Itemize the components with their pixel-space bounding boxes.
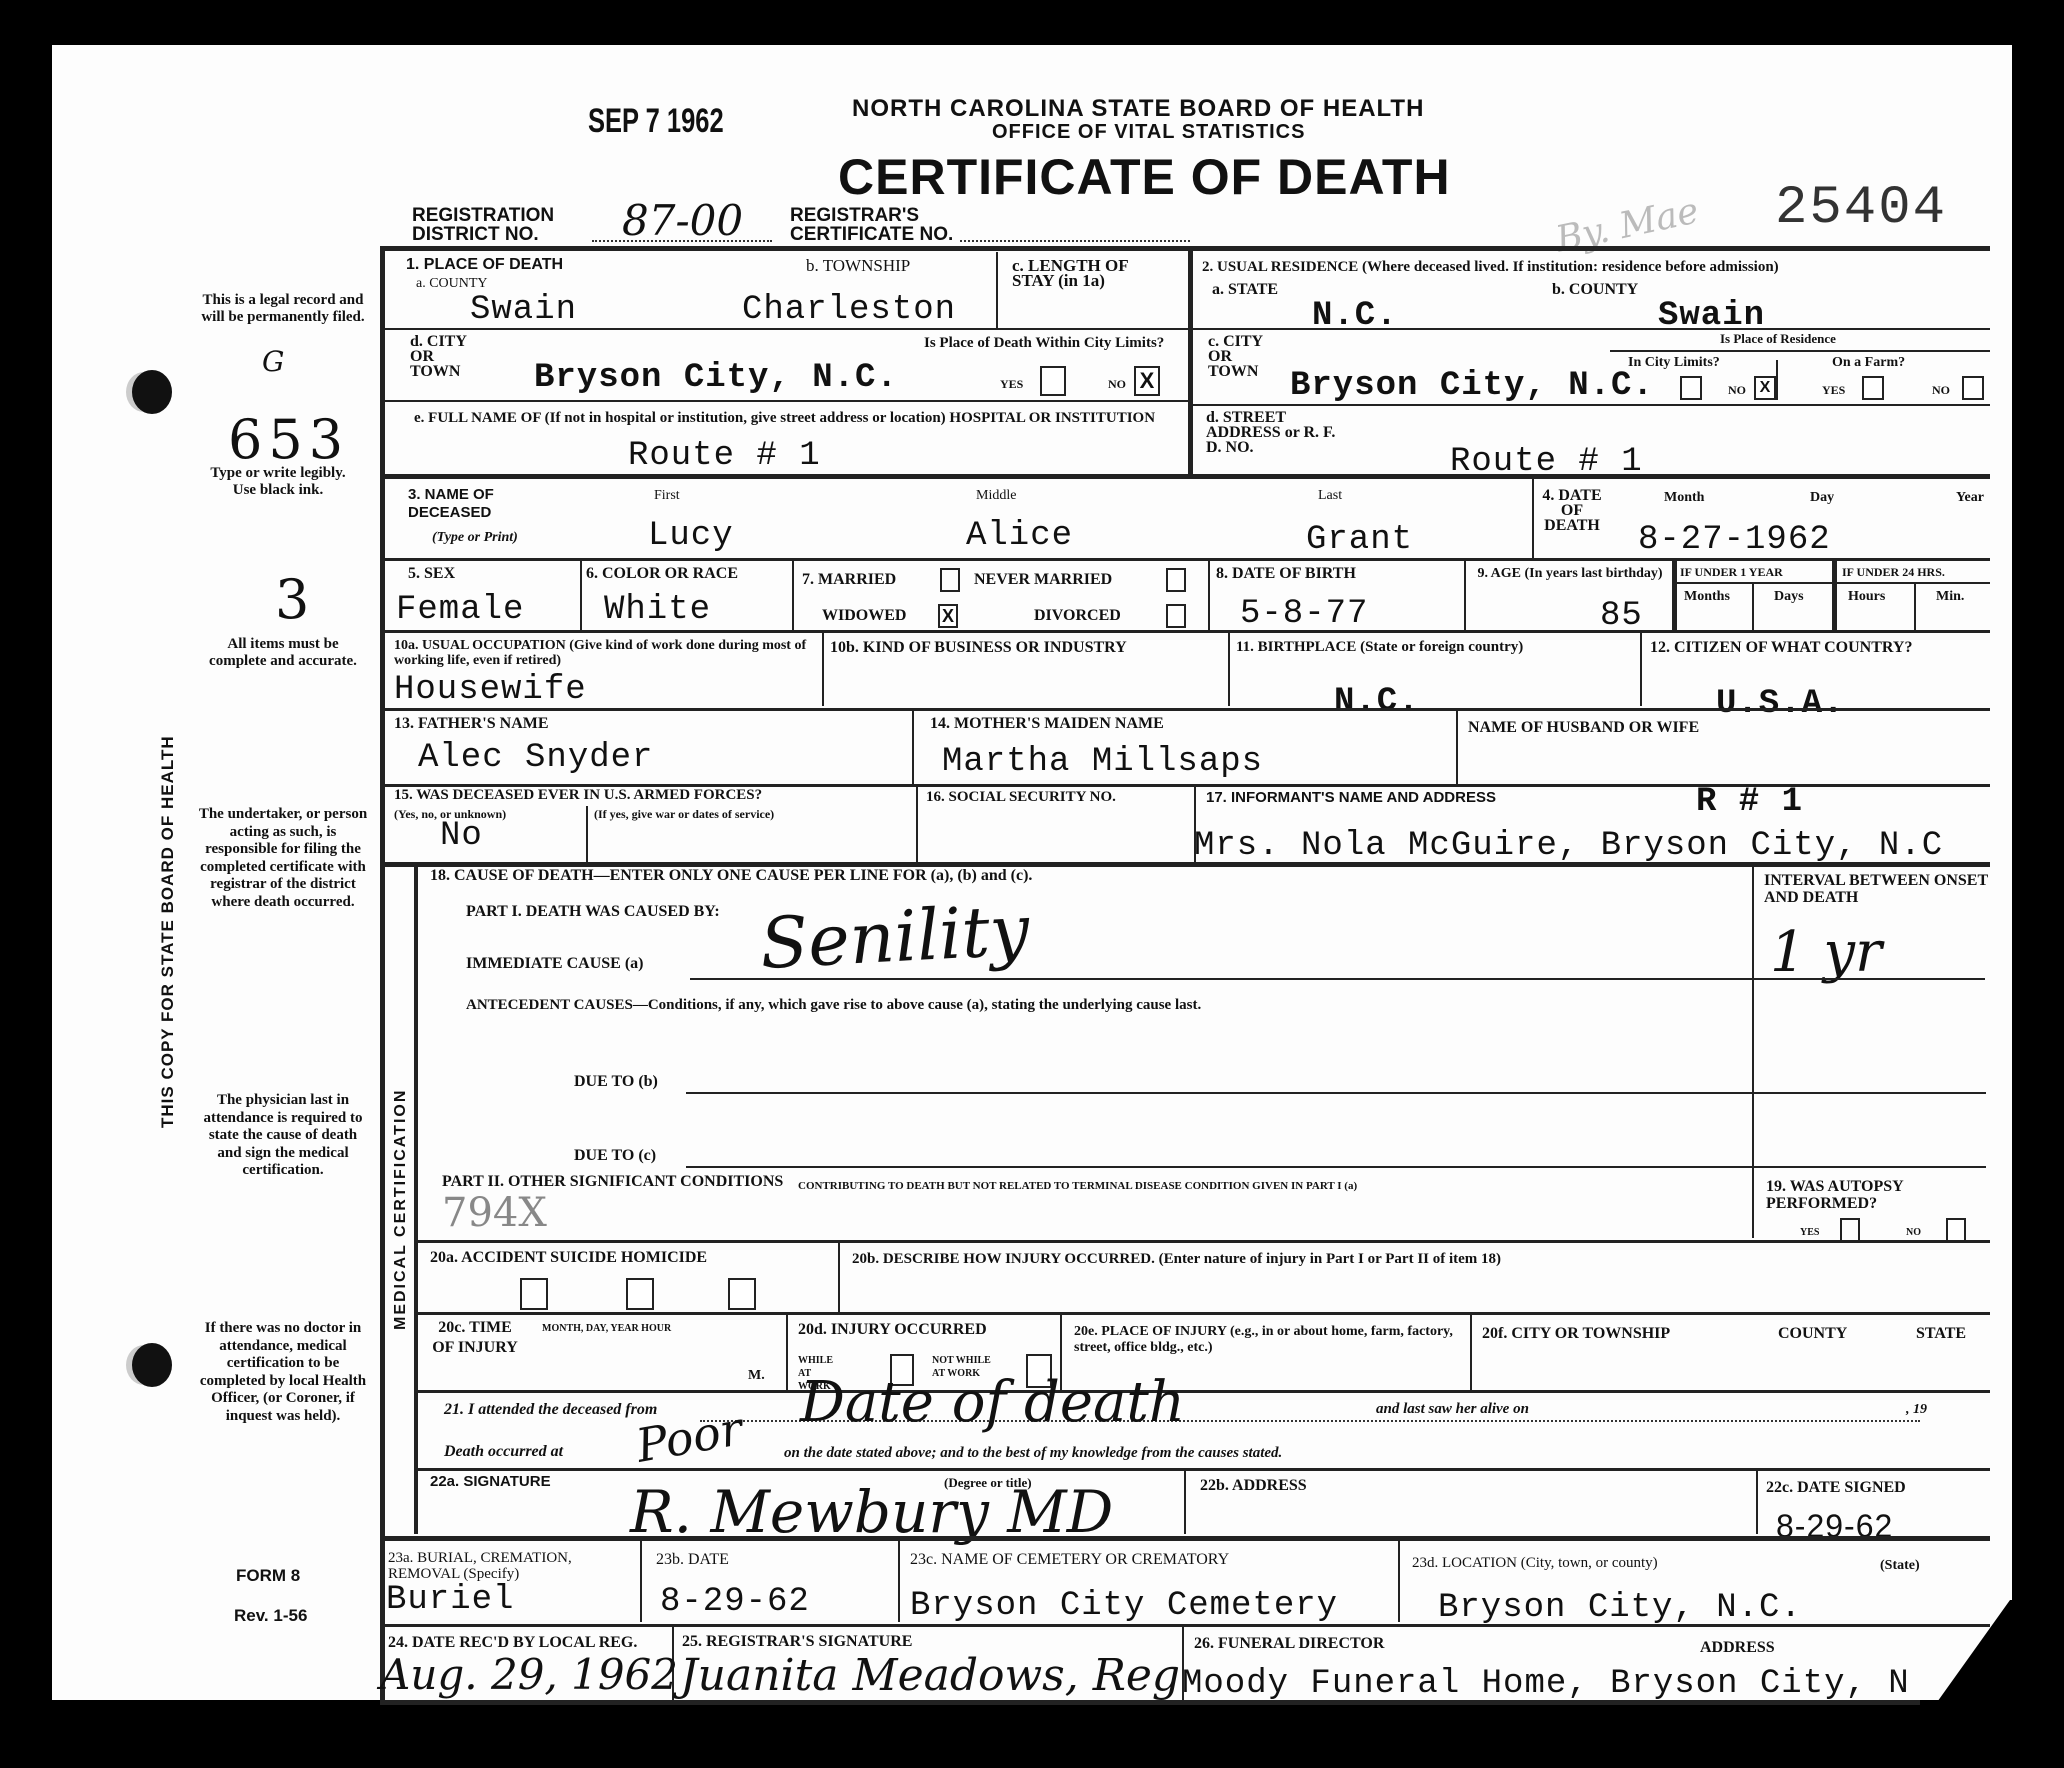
divider <box>1776 360 1778 400</box>
margin-note-no-doctor: If there was no doctor in attendance, me… <box>198 1320 368 1425</box>
row-line <box>385 474 1990 479</box>
medical-certification-label: MEDICAL CERTIFICATION <box>392 1089 410 1330</box>
medical-left-rule <box>414 866 418 1534</box>
divider-1-2 <box>1188 246 1193 476</box>
length-of-stay-label: c. LENGTH OF STAY (in 1a) <box>1012 258 1172 288</box>
attended-from-value: Date of death <box>800 1370 1185 1435</box>
margin-note-type: Type or write legibly. Use black ink. <box>198 465 358 499</box>
place-of-injury-label: 20e. PLACE OF INJURY (e.g., in or about … <box>1074 1324 1464 1356</box>
cemetery-label: 23c. NAME OF CEMETERY OR CREMATORY <box>910 1552 1229 1567</box>
hours-label: Hours <box>1848 590 1885 603</box>
county-value: Swain <box>470 292 577 328</box>
burial-method-value: Buriel <box>386 1582 514 1618</box>
widowed-label: WIDOWED <box>822 608 906 623</box>
sex-value: Female <box>396 592 524 628</box>
burial-method-label: 23a. BURIAL, CREMATION, REMOVAL (Specify… <box>388 1550 638 1582</box>
row-line <box>416 1468 1990 1471</box>
certificate-number: 25404 <box>1775 178 1947 239</box>
on-farm-label: On a Farm? <box>1832 356 1905 369</box>
father-name-value: Alec Snyder <box>418 740 653 776</box>
divider <box>1456 710 1458 784</box>
autopsy-label: 19. WAS AUTOPSY PERFORMED? <box>1766 1178 1966 1212</box>
type-or-print-note: (Type or Print) <box>432 530 518 545</box>
burial-date-value: 8-29-62 <box>660 1584 810 1620</box>
hospital-label: e. FULL NAME OF (If not in hospital or i… <box>414 410 1174 426</box>
antecedent-causes-label: ANTECEDENT CAUSES—Conditions, if any, wh… <box>466 998 1201 1013</box>
day-label: Day <box>1810 490 1834 505</box>
usual-residence-label: 2. USUAL RESIDENCE (Where deceased lived… <box>1202 258 1779 276</box>
father-name-label: 13. FATHER'S NAME <box>394 716 549 731</box>
registrar-signature-value: Juanita Meadows, Reg <box>680 1650 1180 1701</box>
autopsy-yes-checkbox[interactable] <box>1840 1218 1860 1242</box>
city-label: d. CITY OR TOWN <box>410 334 480 379</box>
divider <box>1184 1470 1186 1534</box>
divider <box>1756 1470 1758 1534</box>
interval-a-value: 1 yr <box>1770 920 1882 985</box>
funeral-director-label: 26. FUNERAL DIRECTOR <box>1194 1636 1384 1651</box>
divider <box>1752 1168 1754 1238</box>
binder-hole-top <box>132 370 172 414</box>
farm-no-checkbox[interactable] <box>1962 376 1984 400</box>
armed-forces-value: No <box>440 818 483 854</box>
is-place-residence-label: Is Place of Residence <box>1720 332 1836 345</box>
township-label: b. TOWNSHIP <box>806 258 910 273</box>
date-signed-label: 22c. DATE SIGNED <box>1766 1480 1906 1495</box>
divorced-label: DIVORCED <box>1034 608 1121 623</box>
ssn-label: 16. SOCIAL SECURITY NO. <box>926 790 1116 805</box>
occupation-value: Housewife <box>394 672 587 708</box>
divider <box>1208 560 1210 630</box>
first-name-label: First <box>654 488 680 503</box>
time-of-injury-label: 20c. TIME OF INJURY <box>430 1318 520 1358</box>
row-line <box>416 1312 1990 1315</box>
citizen-value: U.S.A. <box>1716 686 1844 722</box>
married-checkbox[interactable] <box>940 568 960 592</box>
form-number: FORM 8 <box>236 1566 300 1586</box>
age-value: 85 <box>1600 598 1643 634</box>
autopsy-no-checkbox[interactable] <box>1946 1218 1966 1242</box>
describe-injury-label: 20b. DESCRIBE HOW INJURY OCCURRED. (Ente… <box>852 1252 1501 1267</box>
due-to-c-label: DUE TO (c) <box>574 1148 656 1163</box>
page-title: CERTIFICATE OF DEATH <box>838 148 1451 206</box>
margin-note-complete: All items must be complete and accurate. <box>198 636 368 670</box>
farm-no-label: NO <box>1932 384 1950 397</box>
row-line <box>416 1240 1990 1243</box>
attended-label: 21. I attended the deceased from <box>444 1402 657 1417</box>
in-city-limits-label: In City Limits? <box>1628 356 1720 369</box>
margin-mark-a: G <box>262 345 284 378</box>
race-label: 6. COLOR OR RACE <box>586 566 738 581</box>
date-of-birth-value: 5-8-77 <box>1240 596 1368 632</box>
due-to-b-label: DUE TO (b) <box>574 1074 658 1089</box>
interval-header: INTERVAL BETWEEN ONSET AND DEATH <box>1764 872 1994 906</box>
autopsy-no-label: NO <box>1906 1226 1921 1239</box>
min-label: Min. <box>1936 590 1964 603</box>
part2-sub: CONTRIBUTING TO DEATH BUT NOT RELATED TO… <box>798 1180 1357 1193</box>
armed-forces-sub2: (If yes, give war or dates of service) <box>594 808 774 821</box>
immediate-cause-value: Senility <box>758 889 1031 985</box>
last-name-label: Last <box>1318 488 1342 503</box>
informant-value: Mrs. Nola McGuire, Bryson City, N.C <box>1194 828 1943 864</box>
divider <box>912 710 914 784</box>
row-line <box>1674 582 1990 584</box>
residence-county-label: b. COUNTY <box>1552 282 1638 297</box>
occupation-label: 10a. USUAL OCCUPATION (Give kind of work… <box>394 638 819 668</box>
death-occurred-at-label: Death occurred at <box>444 1444 563 1459</box>
married-label: 7. MARRIED <box>802 572 896 587</box>
never-married-label: NEVER MARRIED <box>974 572 1112 587</box>
margin-note-undertaker: The undertaker, or person acting as such… <box>198 806 368 911</box>
under-1-year-label: IF UNDER 1 YEAR <box>1680 566 1783 579</box>
hospital-value: Route # 1 <box>628 438 821 474</box>
divider <box>1752 584 1754 630</box>
time-columns-label: MONTH, DAY, YEAR HOUR <box>542 1322 671 1335</box>
divorced-checkbox[interactable] <box>1166 604 1186 628</box>
residence-city-value: Bryson City, N.C. <box>1290 368 1654 404</box>
age-label: 9. AGE (In years last birthday) <box>1470 566 1670 581</box>
divider <box>586 806 588 864</box>
accident-suicide-homicide-label: 20a. ACCIDENT SUICIDE HOMICIDE <box>430 1250 707 1265</box>
farm-yes-label: YES <box>1822 384 1845 397</box>
accident-checkbox[interactable] <box>520 1278 548 1310</box>
row-line <box>1610 350 1990 352</box>
office-name: OFFICE OF VITAL STATISTICS <box>992 121 1305 144</box>
margin-note-physician: The physician last in attendance is requ… <box>198 1092 368 1180</box>
month-label: Month <box>1664 490 1704 505</box>
never-married-checkbox[interactable] <box>1166 568 1186 592</box>
margin-note-legal: This is a legal record and will be perma… <box>198 292 368 326</box>
mother-maiden-name-value: Martha Millsaps <box>942 744 1263 780</box>
injury-occurred-label: 20d. INJURY OCCURRED <box>798 1322 987 1337</box>
row-line <box>1193 404 1990 406</box>
date-of-death-value: 8-27-1962 <box>1638 522 1831 558</box>
spouse-name-label: NAME OF HUSBAND OR WIFE <box>1468 720 1699 735</box>
divider <box>1532 478 1534 558</box>
armed-forces-label: 15. WAS DECEASED EVER IN U.S. ARMED FORC… <box>394 788 762 803</box>
citizen-label: 12. CITIZEN OF WHAT COUNTRY? <box>1650 640 1912 655</box>
street-value: Route # 1 <box>1450 444 1643 480</box>
row-line <box>416 1390 1990 1393</box>
funeral-address-label: ADDRESS <box>1700 1640 1775 1655</box>
mother-maiden-name-label: 14. MOTHER'S MAIDEN NAME <box>930 716 1164 731</box>
middle-name-value: Alice <box>966 518 1073 554</box>
burial-date-label: 23b. DATE <box>656 1552 729 1567</box>
divider <box>1914 584 1916 630</box>
street-label: d. STREET ADDRESS or R. F. D. NO. <box>1206 410 1346 455</box>
divider <box>640 1540 642 1622</box>
divider <box>1470 1314 1472 1390</box>
city-township-label: 20f. CITY OR TOWNSHIP <box>1482 1326 1670 1341</box>
registration-district-value: 87-00 <box>622 196 743 245</box>
registration-district-label: REGISTRATION DISTRICT NO. <box>412 206 612 244</box>
in-city-no-checkbox[interactable]: X <box>1754 376 1776 400</box>
margin-mark-c: 3 <box>275 568 309 631</box>
location-label: 23d. LOCATION (City, town, or county) <box>1412 1556 1658 1571</box>
township-value: Charleston <box>742 292 956 328</box>
row-line <box>385 708 1990 711</box>
location-state-label: (State) <box>1880 1558 1920 1573</box>
district-underline <box>592 240 772 242</box>
sex-label: 5. SEX <box>408 566 455 581</box>
vertical-copy-label: THIS COPY FOR STATE BOARD OF HEALTH <box>158 735 178 1128</box>
city-limits-question: Is Place of Death Within City Limits? <box>924 336 1184 351</box>
registrar-signature-label: 25. REGISTRAR'S SIGNATURE <box>682 1634 912 1649</box>
date-of-death-label: 4. DATE OF DEATH <box>1540 488 1604 533</box>
autopsy-yes-label: YES <box>1800 1226 1819 1239</box>
divider <box>786 1314 788 1390</box>
row-line <box>385 558 1990 561</box>
divider <box>822 632 824 706</box>
signature-label: 22a. SIGNATURE <box>430 1474 551 1489</box>
registrar-underline <box>960 240 1190 242</box>
divider <box>1672 560 1677 630</box>
divider <box>1464 560 1466 630</box>
form-revision: Rev. 1-56 <box>234 1606 307 1626</box>
city-limits-yes-label: YES <box>1000 378 1023 391</box>
divider <box>838 1242 840 1312</box>
city-limits-no-checkbox[interactable]: X <box>1134 366 1160 396</box>
cause-a-line <box>690 978 1985 980</box>
injury-county-label: COUNTY <box>1778 1326 1847 1341</box>
divider <box>580 560 582 630</box>
divider <box>1640 632 1642 706</box>
year-19-label: , 19 <box>1906 1402 1927 1417</box>
year-label: Year <box>1956 490 1984 505</box>
funeral-director-value: Moody Funeral Home, Bryson City, N <box>1182 1666 1910 1702</box>
agency-name: NORTH CAROLINA STATE BOARD OF HEALTH <box>852 95 1424 123</box>
in-city-yes-checkbox[interactable] <box>1680 376 1702 400</box>
death-occurred-rest: on the date stated above; and to the bes… <box>784 1446 1282 1461</box>
frame-left <box>380 246 385 1704</box>
injury-state-label: STATE <box>1916 1326 1966 1341</box>
part1-label: PART I. DEATH WAS CAUSED BY: <box>466 904 720 919</box>
row-line <box>385 400 1188 402</box>
place-of-death-label: 1. PLACE OF DEATH <box>406 256 563 274</box>
cause-b-line <box>686 1092 1986 1094</box>
margin-mark-b: 653 <box>228 408 349 471</box>
part2-label: PART II. OTHER SIGNIFICANT CONDITIONS <box>442 1174 783 1189</box>
days-label: Days <box>1774 590 1804 603</box>
row-line <box>385 630 1990 633</box>
homicide-checkbox[interactable] <box>728 1278 756 1310</box>
divider <box>792 560 794 630</box>
received-date-stamp: SEP 7 1962 <box>588 102 724 141</box>
row-line <box>1193 328 1990 330</box>
address-label: 22b. ADDRESS <box>1200 1478 1307 1493</box>
informant-label: 17. INFORMANT'S NAME AND ADDRESS <box>1206 790 1496 805</box>
city-limits-no-label: NO <box>1108 378 1126 391</box>
binder-hole-bottom <box>132 1343 172 1387</box>
divider <box>1228 632 1230 706</box>
divider <box>916 786 918 864</box>
first-name-value: Lucy <box>648 518 734 554</box>
date-received-label: 24. DATE REC'D BY LOCAL REG. <box>388 1634 668 1651</box>
suicide-checkbox[interactable] <box>626 1278 654 1310</box>
registrar-certificate-label: REGISTRAR'S CERTIFICATE NO. <box>790 206 1010 244</box>
cause-c-line <box>686 1166 1986 1168</box>
cause-of-death-header: 18. CAUSE OF DEATH—ENTER ONLY ONE CAUSE … <box>430 868 1032 883</box>
divider <box>1398 1540 1400 1622</box>
last-name-value: Grant <box>1306 522 1413 558</box>
time-m-label: M. <box>748 1368 765 1383</box>
birthplace-value: N.C. <box>1334 684 1420 720</box>
location-value: Bryson City, N.C. <box>1438 1590 1802 1626</box>
months-label: Months <box>1684 590 1730 603</box>
divider <box>1832 560 1837 630</box>
widowed-checkbox[interactable]: X <box>938 604 958 628</box>
city-value: Bryson City, N.C. <box>534 360 898 396</box>
in-city-no-label: NO <box>1728 384 1746 397</box>
row-line <box>385 1536 1990 1541</box>
city-limits-yes-checkbox[interactable] <box>1040 366 1066 396</box>
informant-route-value: R # 1 <box>1696 784 1803 820</box>
under-24-hours-label: IF UNDER 24 HRS. <box>1842 566 1945 579</box>
race-value: White <box>604 592 711 628</box>
divider <box>898 1540 900 1622</box>
county-label: a. COUNTY <box>416 276 488 291</box>
residence-city-label: c. CITY OR TOWN <box>1208 334 1278 379</box>
frame-top <box>380 246 1990 251</box>
name-of-deceased-label: 3. NAME OF DECEASED <box>408 486 508 522</box>
last-saw-label: and last saw her alive on <box>1376 1402 1529 1417</box>
date-of-birth-label: 8. DATE OF BIRTH <box>1216 566 1356 581</box>
business-label: 10b. KIND OF BUSINESS OR INDUSTRY <box>830 640 1127 655</box>
immediate-cause-label: IMMEDIATE CAUSE (a) <box>466 956 643 971</box>
middle-name-label: Middle <box>976 488 1016 503</box>
divider-stay <box>996 252 998 328</box>
birthplace-label: 11. BIRTHPLACE (State or foreign country… <box>1236 640 1523 655</box>
cemetery-value: Bryson City Cemetery <box>910 1588 1338 1624</box>
date-received-value: Aug. 29, 1962 <box>380 1650 678 1699</box>
farm-yes-checkbox[interactable] <box>1862 376 1884 400</box>
state-label: a. STATE <box>1212 282 1278 297</box>
part2-code: 794X <box>442 1190 547 1236</box>
row-line <box>385 1624 1990 1627</box>
